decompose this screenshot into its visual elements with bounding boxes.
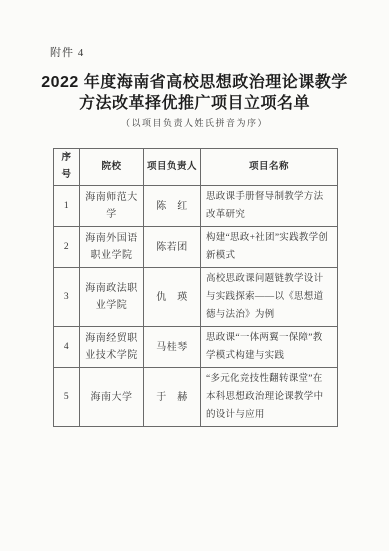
header-project: 项目名称 <box>201 149 338 186</box>
cell-no: 3 <box>54 268 80 327</box>
table-row: 3 海南政法职业学院 仇 瑛 高校思政课问题链教学设计与实践探索——以《思想道德… <box>54 268 338 327</box>
cell-leader: 仇 瑛 <box>144 268 201 327</box>
cell-leader: 陈 红 <box>144 186 201 227</box>
cell-no: 1 <box>54 186 80 227</box>
cell-project: 思政课手册督导制教学方法改革研究 <box>201 186 338 227</box>
cell-institution: 海南师范大学 <box>80 186 144 227</box>
cell-project: “多元化竞技性翻转课堂”在本科思想政治理论课教学中的设计与应用 <box>201 368 338 427</box>
document-subtitle: （以项目负责人姓氏拼音为序） <box>0 116 389 129</box>
cell-no: 4 <box>54 327 80 368</box>
table-header-row: 序号 院校 项目负责人 项目名称 <box>54 149 338 186</box>
header-institution: 院校 <box>80 149 144 186</box>
table-row: 1 海南师范大学 陈 红 思政课手册督导制教学方法改革研究 <box>54 186 338 227</box>
document-title: 2022 年度海南省高校思想政治理论课教学 方法改革择优推广项目立项名单 <box>0 72 389 114</box>
document-page: 附件 4 2022 年度海南省高校思想政治理论课教学 方法改革择优推广项目立项名… <box>0 0 389 551</box>
cell-project: 思政课“一体两翼一保障”教学模式构建与实践 <box>201 327 338 368</box>
cell-leader: 陈若团 <box>144 227 201 268</box>
table-row: 2 海南外国语职业学院 陈若团 构建“思政+社团”实践教学创新模式 <box>54 227 338 268</box>
title-line-1: 2022 年度海南省高校思想政治理论课教学 <box>0 72 389 93</box>
cell-project: 高校思政课问题链教学设计与实践探索——以《思想道德与法治》为例 <box>201 268 338 327</box>
cell-leader: 于 赫 <box>144 368 201 427</box>
cell-institution: 海南政法职业学院 <box>80 268 144 327</box>
header-leader: 项目负责人 <box>144 149 201 186</box>
cell-no: 2 <box>54 227 80 268</box>
cell-institution: 海南大学 <box>80 368 144 427</box>
cell-institution: 海南外国语职业学院 <box>80 227 144 268</box>
cell-leader: 马桂琴 <box>144 327 201 368</box>
table-row: 5 海南大学 于 赫 “多元化竞技性翻转课堂”在本科思想政治理论课教学中的设计与… <box>54 368 338 427</box>
attachment-label: 附件 4 <box>50 44 84 60</box>
projects-table: 序号 院校 项目负责人 项目名称 1 海南师范大学 陈 红 思政课手册督导制教学… <box>53 148 338 427</box>
cell-institution: 海南经贸职业技术学院 <box>80 327 144 368</box>
header-no: 序号 <box>54 149 80 186</box>
table-row: 4 海南经贸职业技术学院 马桂琴 思政课“一体两翼一保障”教学模式构建与实践 <box>54 327 338 368</box>
cell-project: 构建“思政+社团”实践教学创新模式 <box>201 227 338 268</box>
cell-no: 5 <box>54 368 80 427</box>
title-line-2: 方法改革择优推广项目立项名单 <box>0 93 389 114</box>
